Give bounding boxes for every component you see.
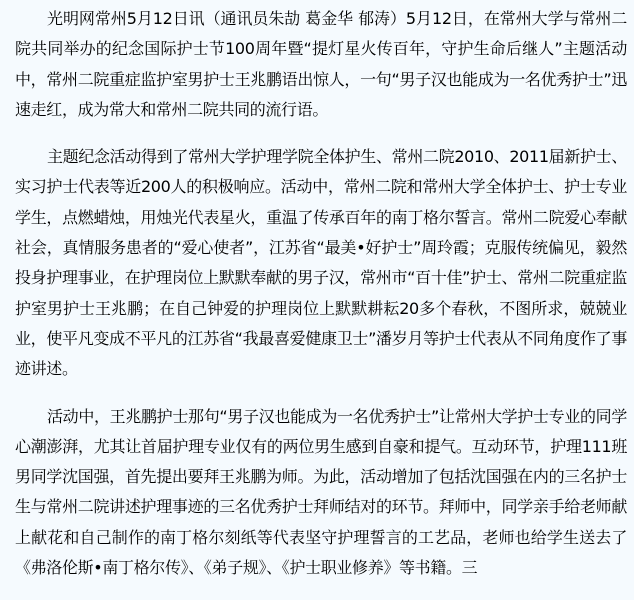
paragraph-mentorship: 活动中，王兆鹏护士那句“男子汉也能成为一名优秀护士”让常州大学护士专业的同学心潮… (15, 402, 627, 562)
paragraph-event-response: 主题纪念活动得到了常州大学护理学院全体护生、常州二院2010、2011届新护士、… (15, 142, 627, 384)
news-article: 光明网常州5月12日讯（通讯员朱劼 葛金华 郁涛）5月12日，在常州大学与常州二… (15, 4, 627, 562)
paragraph-intro: 光明网常州5月12日讯（通讯员朱劼 葛金华 郁涛）5月12日，在常州大学与常州二… (15, 4, 627, 125)
